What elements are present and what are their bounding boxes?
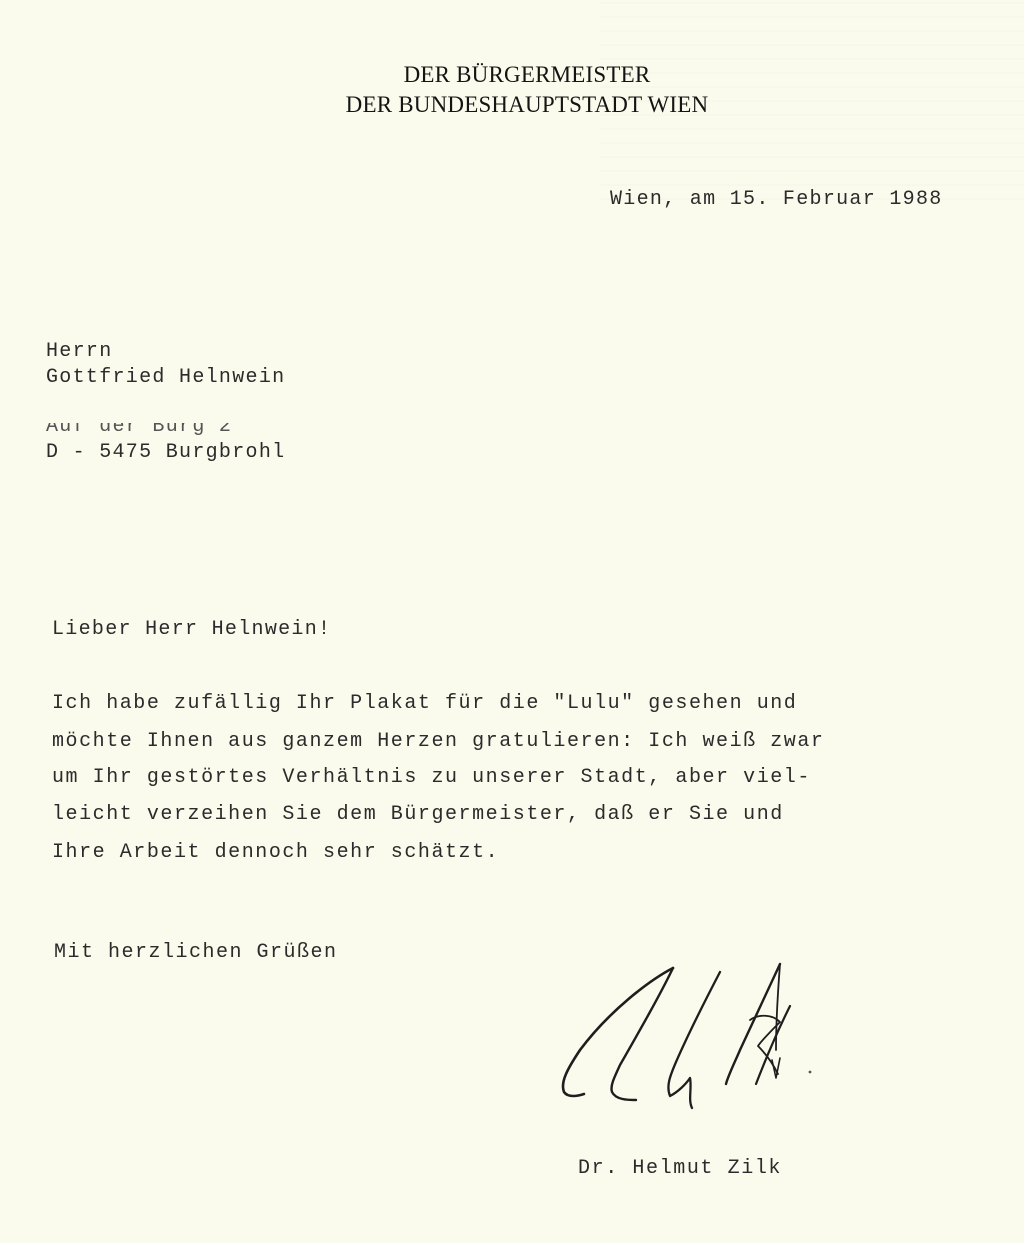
- recipient-title: Herrn: [46, 340, 113, 364]
- recipient-city: D - 5475 Burgbrohl: [46, 441, 285, 465]
- letterhead-title: DER BÜRGERMEISTER: [0, 60, 1024, 90]
- body-line: möchte Ihnen aus ganzem Herzen gratulier…: [52, 730, 824, 754]
- body-line: um Ihr gestörtes Verhältnis zu unserer S…: [52, 766, 811, 790]
- recipient-street: Auf der Burg 2: [46, 415, 232, 439]
- closing: Mit herzlichen Grüßen: [54, 941, 338, 965]
- body-line: leicht verzeihen Sie dem Bürgermeister, …: [52, 803, 784, 827]
- recipient-name: Gottfried Helnwein: [46, 366, 285, 390]
- salutation: Lieber Herr Helnwein!: [52, 618, 331, 642]
- handwritten-signature-icon: [540, 950, 840, 1150]
- body-line: Ihre Arbeit dennoch sehr schätzt.: [52, 841, 499, 865]
- signer-name: Dr. Helmut Zilk: [578, 1157, 782, 1181]
- body-line: Ich habe zufällig Ihr Plakat für die "Lu…: [52, 692, 797, 716]
- letterhead-subtitle: DER BUNDESHAUPTSTADT WIEN: [0, 90, 1024, 120]
- letter-date: Wien, am 15. Februar 1988: [610, 188, 943, 212]
